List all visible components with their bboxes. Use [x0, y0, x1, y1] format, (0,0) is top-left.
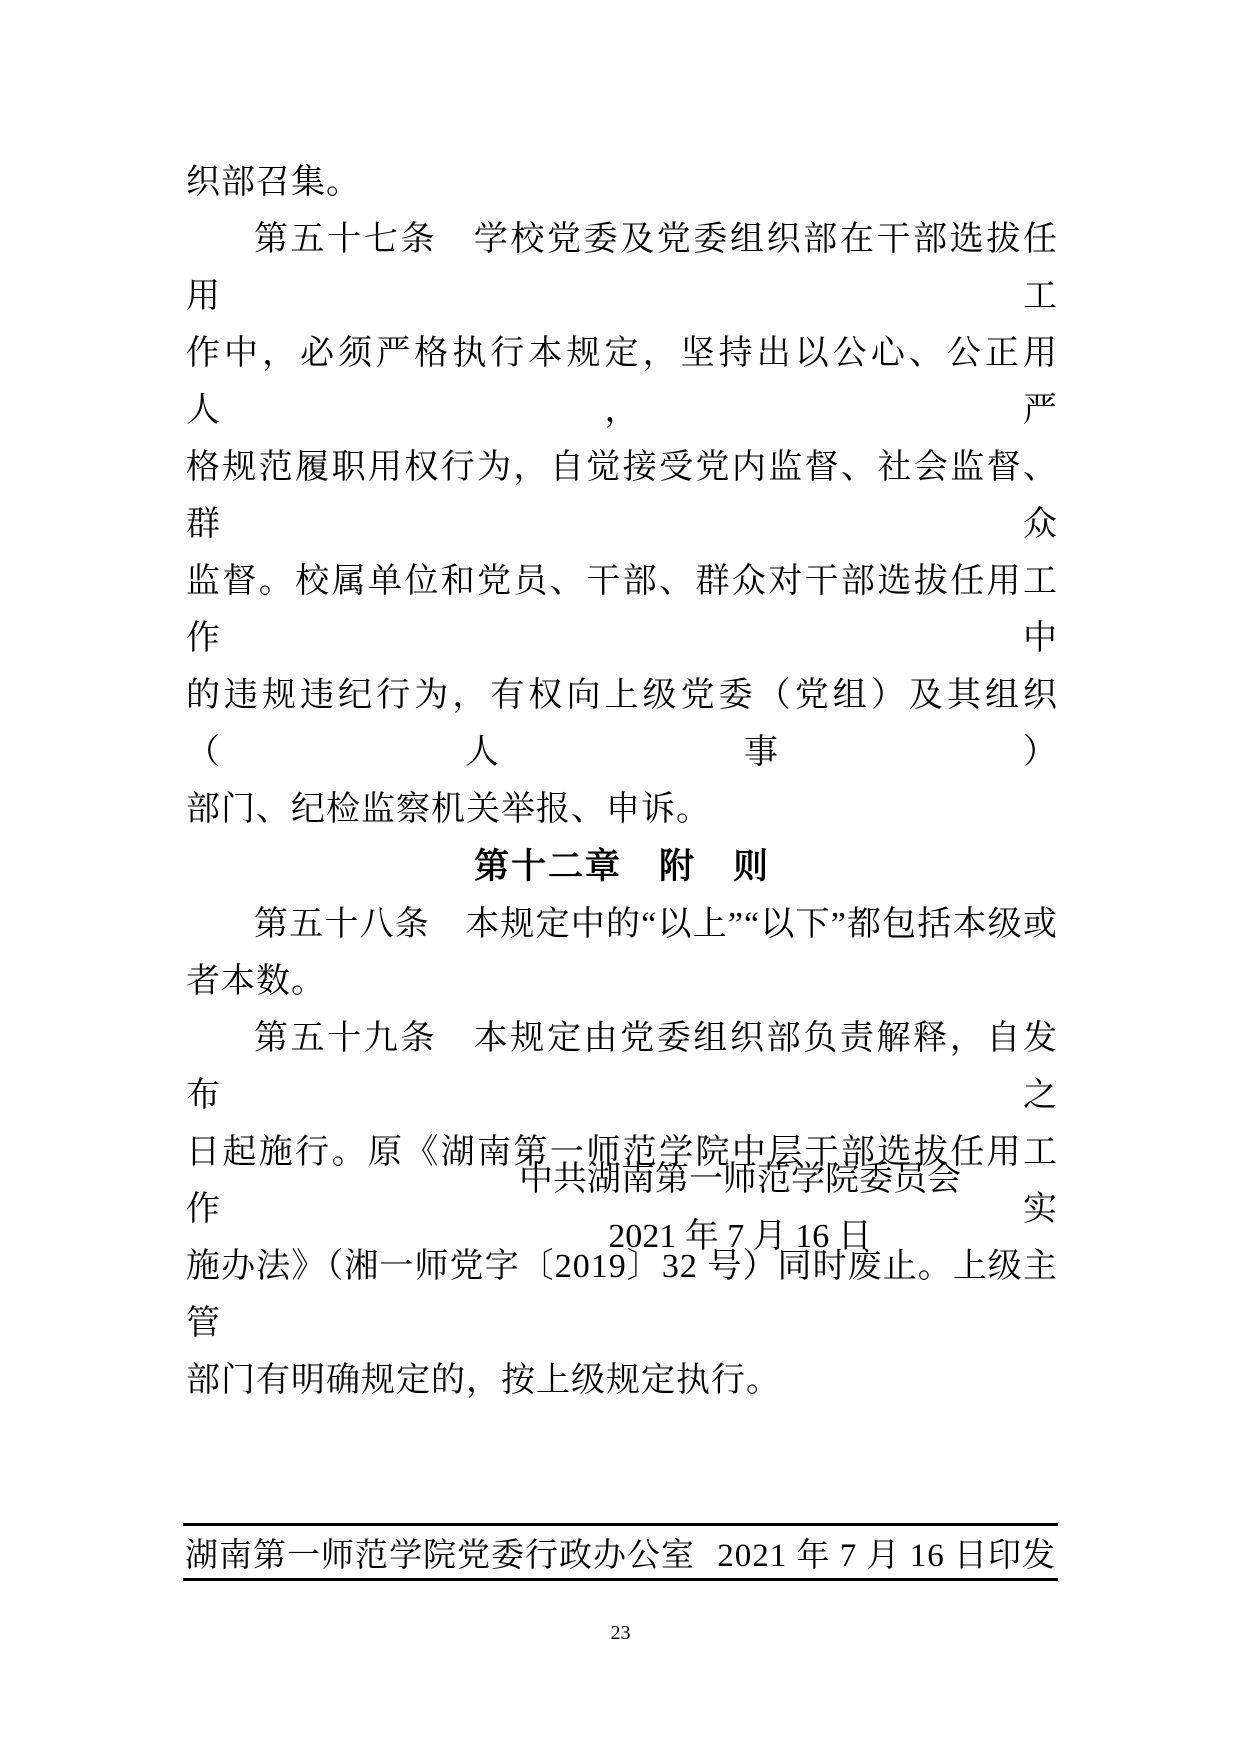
body-line: 的违规违纪行为，有权向上级党委（党组）及其组织（人事） [186, 667, 1058, 781]
signature-org: 中共湖南第一师范学院委员会 [390, 1151, 1090, 1208]
body-line: 部门、纪检监察机关举报、申诉。 [186, 781, 1058, 838]
signature-date: 2021 年 7 月 16 日 [390, 1208, 1090, 1265]
body-line: 第五十九条 本规定由党委组织部负责解释，自发布之 [186, 1010, 1058, 1124]
footer-print-date: 2021 年 7 月 16 日印发 [717, 1529, 1056, 1576]
body-line: 织部召集。 [186, 154, 1058, 211]
body-line: 者本数。 [186, 953, 1058, 1010]
footer-box: 湖南第一师范学院党委行政办公室 2021 年 7 月 16 日印发 [183, 1523, 1058, 1581]
body-line: 格规范履职用权行为，自觉接受党内监督、社会监督、群众 [186, 439, 1058, 553]
body-line: 部门有明确规定的，按上级规定执行。 [186, 1352, 1058, 1409]
document-page: 织部召集。 第五十七条 学校党委及党委组织部在干部选拔任用工 作中，必须严格执行… [0, 0, 1241, 1754]
body-line: 作中，必须严格执行本规定，坚持出以公心、公正用人，严 [186, 325, 1058, 439]
body-line: 监督。校属单位和党员、干部、群众对干部选拔任用工作中 [186, 553, 1058, 667]
signature-block: 中共湖南第一师范学院委员会 2021 年 7 月 16 日 [390, 1151, 1090, 1265]
body-line: 第五十七条 学校党委及党委组织部在干部选拔任用工 [186, 211, 1058, 325]
page-number: 23 [0, 1622, 1241, 1645]
chapter-heading: 第十二章 附 则 [186, 838, 1058, 896]
body-line: 第五十八条 本规定中的“以上”“以下”都包括本级或 [186, 896, 1058, 953]
footer-issuer: 湖南第一师范学院党委行政办公室 [185, 1529, 695, 1576]
